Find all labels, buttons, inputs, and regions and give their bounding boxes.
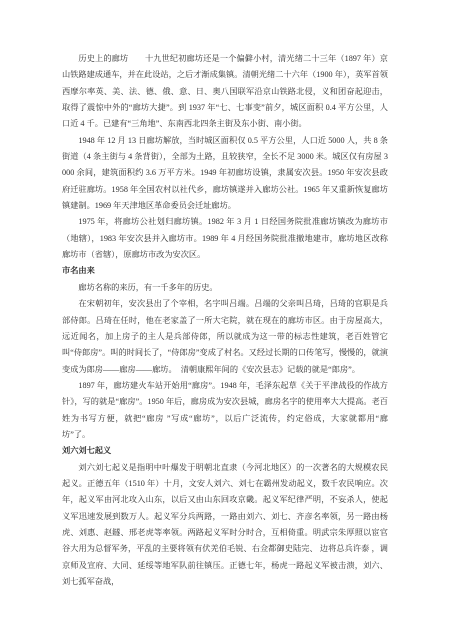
paragraph-song-dynasty-shilangfang: 在宋朝初年，安次县出了个宰相，名字叫吕端。吕端的父亲叫吕琦，吕琦的官职是兵部侍郎…: [62, 296, 388, 378]
paragraph-name-history-lead: 廊坊名称的来历，有一千多年的历史。: [62, 280, 388, 296]
paragraph-uprising-history: 刘六刘七起义是指明中叶爆发于明朝北直隶（今河北地区）的一次著名的大规模农民起义。…: [62, 460, 388, 591]
paragraph-langfang-history-intro: 历史上的廊坊 十九世纪初廊坊还是一个偏僻小村，清光绪二十三年（1897 年）京山…: [62, 51, 388, 133]
heading-liuliu-liuqi-uprising: 刘六刘七起义: [62, 443, 388, 459]
paragraph-1975-city-status: 1975 年，将廊坊公社划归廊坊镇。1982 年 3 月 1 日经国务院批准廊坊…: [62, 214, 388, 263]
paragraph-1897-railway-station-name: 1897 年，廊坊建火车站开始用“廊房”。1948 年，毛泽东起草《关于平津战役…: [62, 378, 388, 443]
heading-city-name-origin: 市名由来: [62, 263, 388, 279]
document-page: 历史上的廊坊 十九世纪初廊坊还是一个偏僻小村，清光绪二十三年（1897 年）京山…: [62, 51, 388, 590]
paragraph-1948-liberation: 1948 年 12 月 13 日廊坊解放，当时城区面积仅 0.5 平方公里，人口…: [62, 133, 388, 215]
